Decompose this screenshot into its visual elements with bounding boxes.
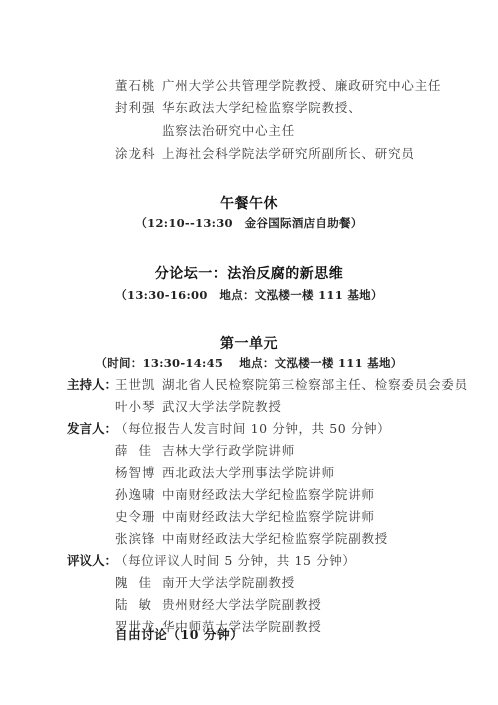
speaker-affiliation: 中南财经政法大学纪检监察学院副教授 (162, 531, 388, 547)
speaker-name: 史令珊 (115, 509, 156, 525)
lunch-detail: （12:10--13:30 金谷国际酒店自助餐） (0, 215, 498, 231)
hosts-label: 主持人： (67, 377, 117, 393)
host-name: 王世凯 (115, 377, 156, 393)
host-name: 叶小琴 (115, 399, 156, 415)
unit-detail: （时间：13:30-14:45 地点：文泓楼一楼 111 基地） (0, 355, 498, 371)
commentators-note: （每位评议人时间 5 分钟，共 15 分钟） (115, 553, 355, 569)
speaker-name: 封利强 (115, 100, 156, 116)
speaker-name: 孙逸啸 (115, 487, 156, 503)
speaker-name: 薛佳 (115, 443, 162, 459)
speaker-affiliation: 上海社会科学院法学研究所副所长、研究员 (162, 146, 415, 162)
speakers-label: 发言人： (67, 421, 117, 437)
forum-title: 分论坛一：法治反腐的新思维 (0, 263, 498, 283)
forum-detail: （13:30-16:00 地点：文泓楼一楼 111 基地） (0, 287, 498, 303)
unit-title: 第一单元 (0, 333, 498, 353)
speaker-name: 董石桃 (115, 78, 156, 94)
speaker-affiliation: 中南财经政法大学纪检监察学院讲师 (162, 487, 375, 503)
speaker-name: 杨智博 (115, 465, 156, 481)
free-discussion: 自由讨论（10 分钟） (115, 627, 243, 643)
speaker-affiliation: 中南财经政法大学纪检监察学院讲师 (162, 509, 375, 525)
speaker-affiliation: 华东政法大学纪检监察学院教授、 (162, 100, 362, 116)
host-affiliation: 湖北省人民检察院第三检察部主任、检察委员会委员 (162, 377, 468, 393)
speaker-name: 张滨锋 (115, 531, 156, 547)
commentator-affiliation: 南开大学法学院副教授 (162, 575, 295, 591)
speaker-affiliation: 西北政法大学刑事法学院讲师 (162, 465, 335, 481)
speaker-name: 涂龙科 (115, 146, 156, 162)
speakers-note: （每位报告人发言时间 10 分钟，共 50 分钟） (115, 421, 390, 437)
commentator-affiliation: 贵州财经大学法学院副教授 (162, 597, 322, 613)
commentator-name: 陆敏 (115, 597, 162, 613)
commentators-label: 评议人： (67, 553, 117, 569)
speaker-affiliation: 广州大学公共管理学院教授、廉政研究中心主任 (162, 78, 441, 94)
host-affiliation: 武汉大学法学院教授 (162, 399, 282, 415)
speaker-affiliation-cont: 监察法治研究中心主任 (162, 123, 295, 139)
lunch-title: 午餐午休 (0, 193, 498, 213)
commentator-name: 隗佳 (115, 575, 162, 591)
program-page: 董石桃 广州大学公共管理学院教授、廉政研究中心主任 封利强 华东政法大学纪检监察… (0, 0, 498, 705)
speaker-affiliation: 吉林大学行政学院讲师 (162, 443, 295, 459)
